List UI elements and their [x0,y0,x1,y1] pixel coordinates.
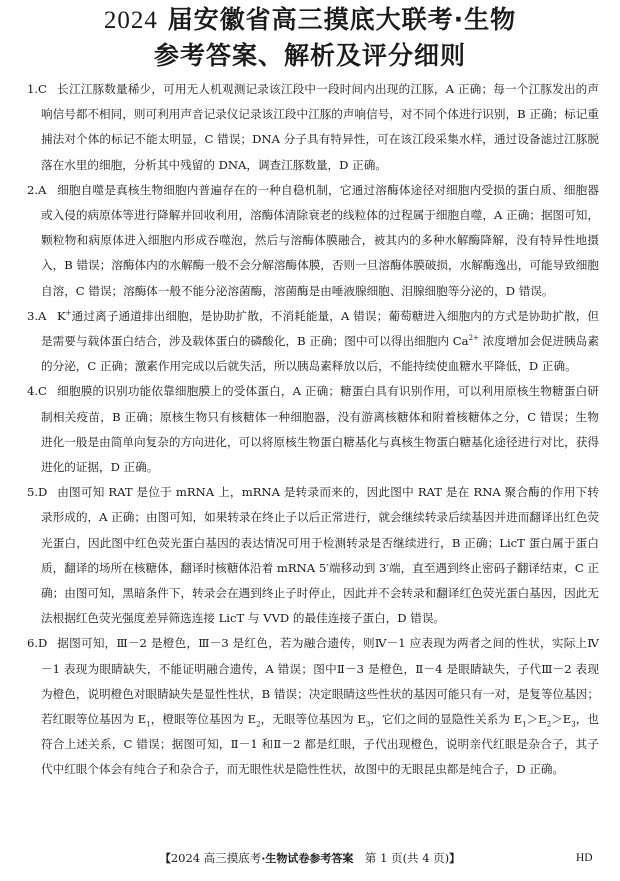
answer-text: 长江江豚数量稀少，可用无人机观测记录该江段中一段时间内出现的江豚，A 正确；每一… [41,82,599,172]
page-subtitle: 参考答案、解析及评分细则 [0,40,620,72]
answer-item-5: 5.D由图可知 RAT 是位于 mRNA 上，mRNA 是转录而来的，因此图中 … [27,480,599,631]
answer-text: 细胞膜的识别功能依靠细胞膜上的受体蛋白，A 正确；糖蛋白具有识别作用，可以利用原… [41,384,599,474]
answer-text: 由图可知 RAT 是位于 mRNA 上，mRNA 是转录而来的，因此图中 RAT… [41,485,599,625]
answer-item-6: 6.D据图可知，Ⅲ－2 是橙色，Ⅲ－3 是红色，若为融合遗传，则Ⅳ－1 应表现为… [27,631,599,782]
title-year: 2024 [104,7,158,34]
footer-exam-name: 高三摸底考 [200,851,261,865]
answer-text: ，无眼等位基因为 E [261,712,366,726]
answer-list: 1.C长江江豚数量稀少，可用无人机观测记录该江段中一段时间内出现的江豚，A 正确… [27,77,599,783]
answer-text: 细胞自噬是真核生物细胞内普遍存在的一种自稳机制，它通过溶酶体途径对细胞内受损的蛋… [41,183,599,298]
answer-item-3: 3.AK+通过离子通道排出细胞，是协助扩散，不消耗能量，A 错误；葡萄糖进入细胞… [27,304,599,380]
footer-bracket: 【 [160,852,171,865]
page-title: 2024 届安徽省高三摸底大联考·生物 [0,4,620,37]
footer-page-info: 第 1 页(共 4 页) [353,851,449,865]
answer-item-2: 2.A细胞自噬是真核生物细胞内普遍存在的一种自稳机制，它通过溶酶体途径对细胞内受… [27,178,599,304]
answer-item-1: 1.C长江江豚数量稀少，可用无人机观测记录该江段中一段时间内出现的江豚，A 正确… [27,77,599,178]
title-line1: 届安徽省高三摸底大联考·生物 [168,5,517,34]
answer-text: K [57,309,66,323]
footer-code: HD [576,848,593,868]
footer-subject: ·生物试卷参考答案 [261,852,353,865]
page-footer: 【2024 高三摸底考·生物试卷参考答案 第 1 页(共 4 页)】 [0,848,620,869]
footer-bracket: 】 [449,852,460,865]
footer-year: 2024 [171,851,200,865]
superscript: 2+ [469,334,479,342]
answer-number: 6.D [27,631,57,656]
answer-text: ＞E [527,712,547,726]
answer-number: 4.C [27,379,57,404]
answer-item-4: 4.C细胞膜的识别功能依靠细胞膜上的受体蛋白，A 正确；糖蛋白具有识别作用，可以… [27,379,599,480]
answer-number: 3.A [27,304,57,329]
answer-text: ，它们之间的显隐性关系为 E [370,712,522,726]
answer-number: 5.D [27,480,57,505]
answer-text: ＞E [551,712,571,726]
answer-text: ，橙眼等位基因为 E [151,712,256,726]
answer-number: 1.C [27,77,57,102]
answer-number: 2.A [27,178,57,203]
